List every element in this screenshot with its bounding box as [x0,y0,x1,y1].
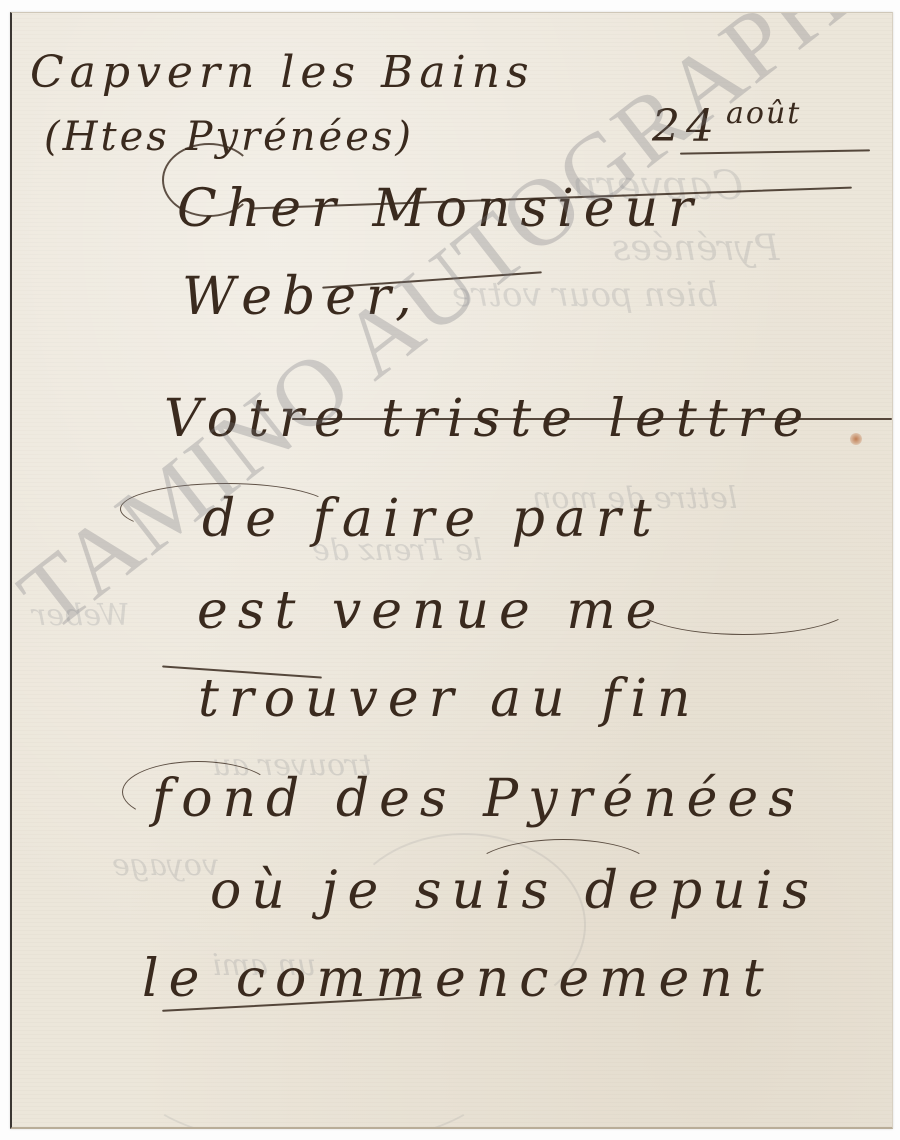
bleed-through-flourish [132,1003,496,1129]
bleed-through-text: voyage [112,848,219,883]
body-line-6-flourish [472,839,654,901]
date: 24août [652,99,801,149]
body-line-3-flourish [632,573,854,635]
body-line-7: le commencement [142,953,774,1005]
salutation-line-2: Weber, [182,271,422,323]
bleed-through-text: bien pour votre [452,275,718,315]
rust-stain [850,433,862,445]
place-line-1: Capvern les Bains [30,51,535,95]
body-line-4: trouver au fin [198,673,700,725]
body-line-2-flourish [120,483,332,535]
body-line-5-flourish [122,761,274,823]
page-stage: Capvern Pyrénées bien pour votre lettre … [0,0,900,1140]
body-line-3: est venue me [197,585,666,637]
body-line-stroke [292,418,892,420]
date-month: août [726,96,801,131]
bleed-through-text: Weber [32,598,129,633]
salutation-line-1: Cher Monsieur [177,183,703,235]
date-day: 24 [652,101,720,152]
letter-paper: Capvern Pyrénées bien pour votre lettre … [10,12,893,1129]
